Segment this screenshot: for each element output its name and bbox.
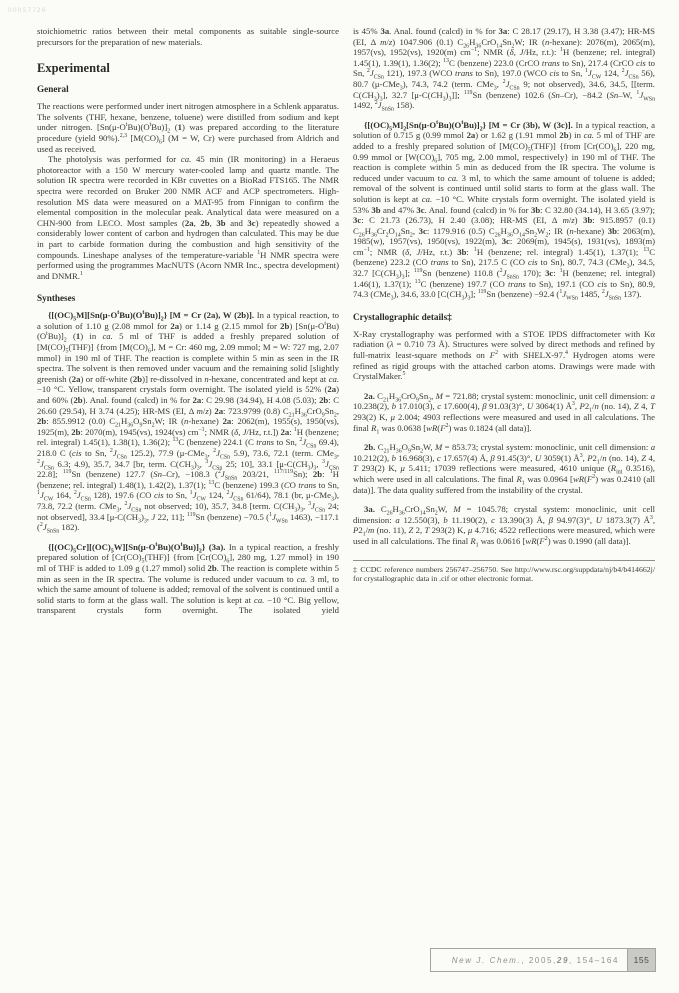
- general-paragraph-2: The photolysis was performed for ca. 45 …: [37, 154, 339, 281]
- synthesis-2ab-title: {[(OC)5M][Sn(μ-OtBu)(OtBu)]2} [M = Cr (2…: [48, 310, 254, 320]
- subsection-heading-syntheses: Syntheses: [37, 293, 339, 303]
- synthesis-2ab-paragraph: {[(OC)5M][Sn(μ-OtBu)(OtBu)]2} [M = Cr (2…: [37, 310, 339, 532]
- crystallography-intro-paragraph: X-Ray crystallography was performed with…: [353, 329, 655, 382]
- synthesis-3a-text: In a typical reaction, a freshly prepare…: [37, 542, 339, 616]
- synthesis-3bc-title: {[(OC)5M]2[Sn(μ-OtBu)(OtBu)]2} [M = Cr (…: [364, 120, 573, 130]
- subsection-heading-crystallographic-details: Crystallographic details‡: [353, 312, 655, 322]
- synthesis-3bc-text: In a typical reaction, a solution of 0.7…: [353, 120, 655, 300]
- synthesis-2ab-text: In a typical reaction, to a solution of …: [37, 310, 339, 532]
- synthesis-3a-paragraph: {[(OC)5Cr][(OC)5W][Sn(μ-OtBu)(OtBu)]2} (…: [37, 542, 339, 616]
- crystal-data-2b-paragraph: 2b. C21H36O9Sn2W, M = 853.73; crystal sy…: [353, 442, 655, 495]
- ccdc-footnote: ‡ CCDC reference numbers 256747–256750. …: [353, 560, 655, 584]
- section-heading-experimental: Experimental: [37, 62, 339, 75]
- journal-citation: New J. Chem., 2005, 29, 154–164: [431, 949, 627, 971]
- left-column: stoichiometric ratios between their meta…: [37, 26, 339, 616]
- page-footer: New J. Chem., 2005, 29, 154–164 155: [430, 948, 656, 972]
- intro-continuation-paragraph: stoichiometric ratios between their meta…: [37, 26, 339, 47]
- general-paragraph-1: The reactions were performed under inert…: [37, 101, 339, 154]
- crystal-data-3a-paragraph: 3a. C26H36CrO14Sn2W, M = 1045.78; crysta…: [353, 504, 655, 546]
- article-body: stoichiometric ratios between their meta…: [37, 26, 655, 616]
- page-number: 155: [627, 949, 655, 971]
- crystal-data-2a-paragraph: 2a. C21H36CrO9Sn2, M = 721.88; crystal s…: [353, 391, 655, 433]
- scan-id-watermark: 00057726: [8, 7, 47, 14]
- subsection-heading-general: General: [37, 84, 339, 94]
- synthesis-3a-continuation-paragraph: is 45% 3a. Anal. found (calcd) in % for …: [353, 26, 655, 111]
- synthesis-3a-title: {[(OC)5Cr][(OC)5W][Sn(μ-OtBu)(OtBu)]2} (…: [48, 542, 225, 552]
- synthesis-3bc-paragraph: {[(OC)5M]2[Sn(μ-OtBu)(OtBu)]2} [M = Cr (…: [353, 120, 655, 300]
- right-column: is 45% 3a. Anal. found (calcd) in % for …: [353, 26, 655, 616]
